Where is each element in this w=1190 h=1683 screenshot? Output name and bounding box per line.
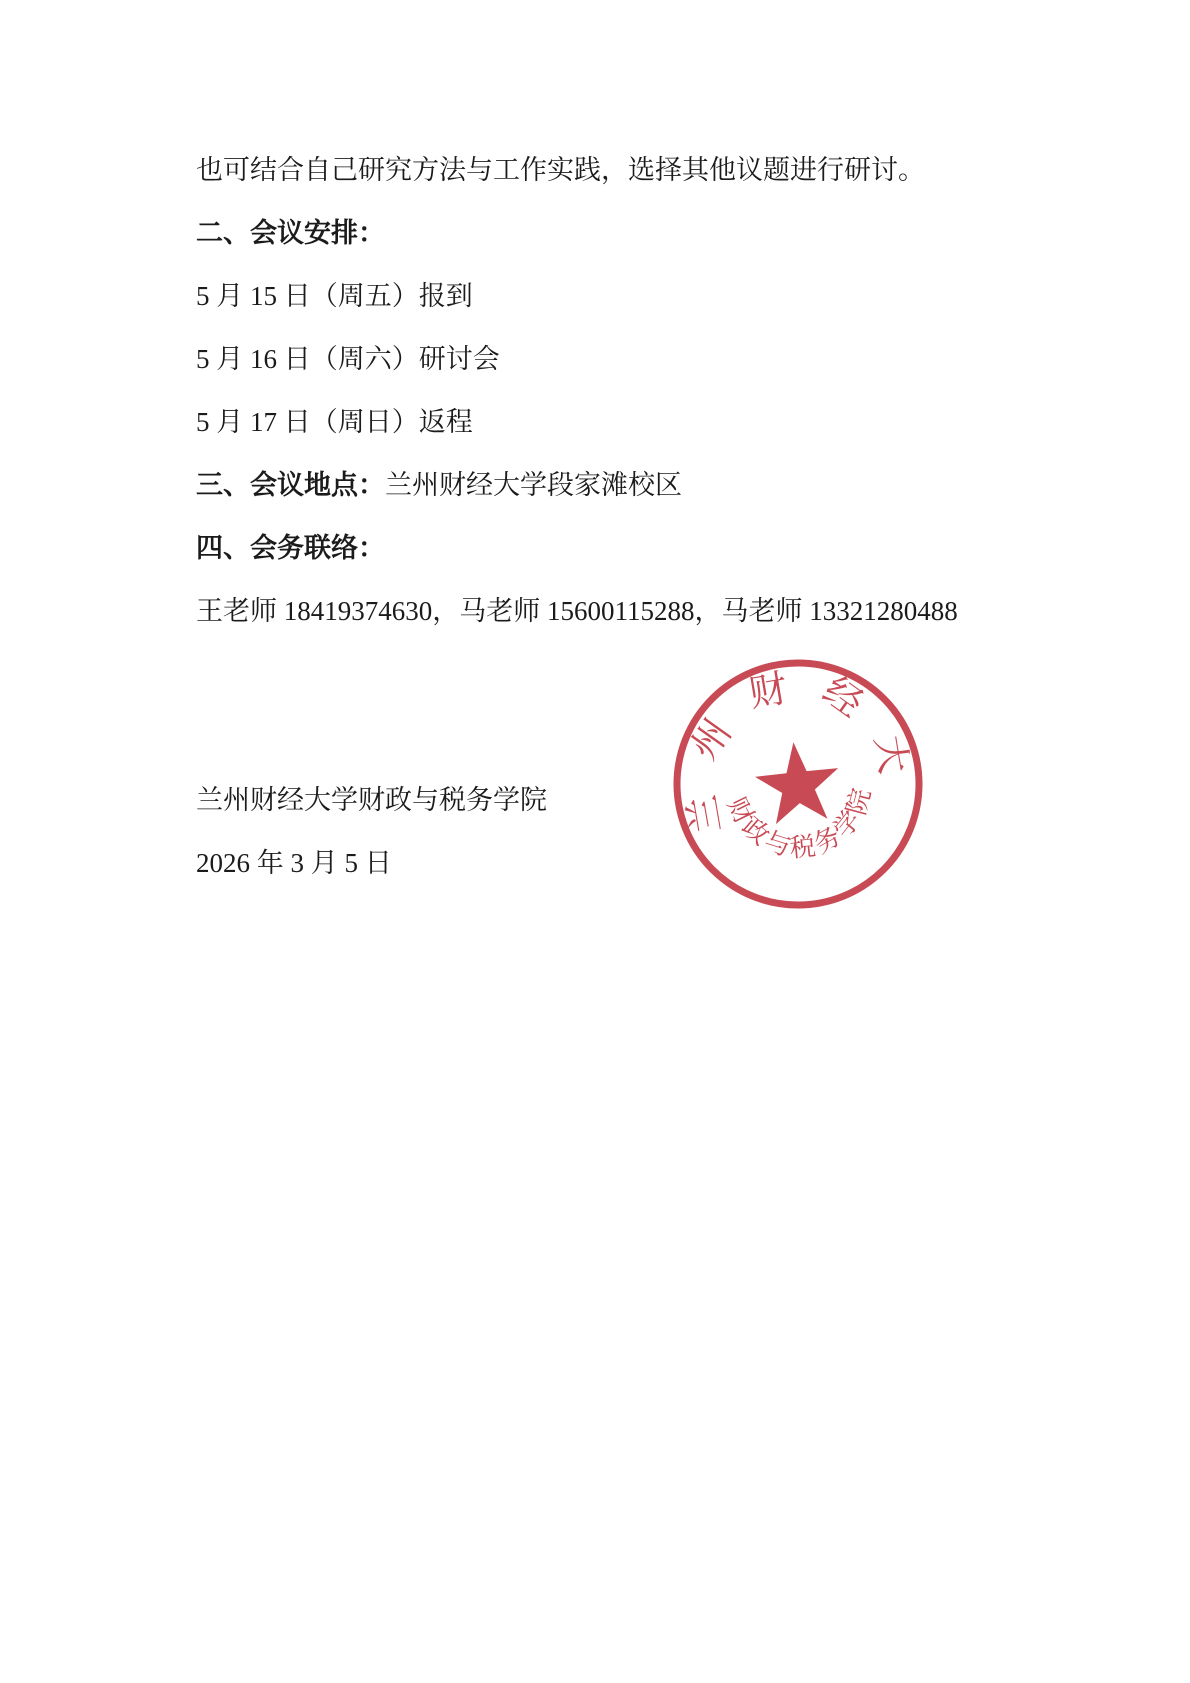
schedule-item-day1: 5 月 15 日（周五）报到: [196, 265, 1026, 328]
section-heading-meeting-schedule: 二、会议安排：: [196, 202, 1026, 265]
document-page: 也可结合自己研究方法与工作实践，选择其他议题进行研讨。 二、会议安排： 5 月 …: [0, 0, 1190, 1683]
schedule-item-day3: 5 月 17 日（周日）返程: [196, 391, 1026, 454]
section-line-meeting-location: 三、会议地点：兰州财经大学段家滩校区: [196, 454, 1026, 517]
section-heading-meeting-location: 三、会议地点：: [196, 470, 385, 500]
official-seal-stamp: 兰州财经大学 财政与税务学院: [668, 654, 928, 914]
schedule-item-day2: 5 月 16 日（周六）研讨会: [196, 328, 1026, 391]
section-heading-contacts: 四、会务联络：: [196, 517, 1026, 580]
meeting-location-text: 兰州财经大学段家滩校区: [385, 470, 682, 500]
contacts-line: 王老师 18419374630，马老师 15600115288，马老师 1332…: [196, 580, 1026, 643]
star-icon: [752, 738, 843, 826]
paragraph-continuation: 也可结合自己研究方法与工作实践，选择其他议题进行研讨。: [196, 139, 1026, 202]
